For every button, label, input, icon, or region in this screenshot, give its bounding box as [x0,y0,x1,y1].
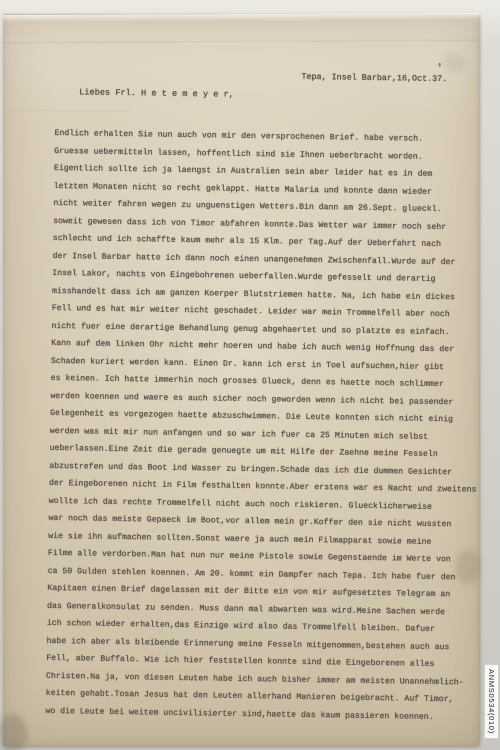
letter-body: Endlich erhalten Sie nun auch von mir de… [45,125,494,727]
letter-content: Tepa, Insel Barbar,16,Oct.37. Liebes Frl… [0,0,500,750]
ink-speck [439,63,441,67]
salutation: Liebes Frl. H e t e m e y e r, [79,87,234,99]
archive-label: ANMS0534(010) [484,664,499,739]
letter-scan: Tepa, Insel Barbar,16,Oct.37. Liebes Frl… [0,0,500,750]
date-line: Tepa, Insel Barbar,16,Oct.37. [301,72,447,84]
